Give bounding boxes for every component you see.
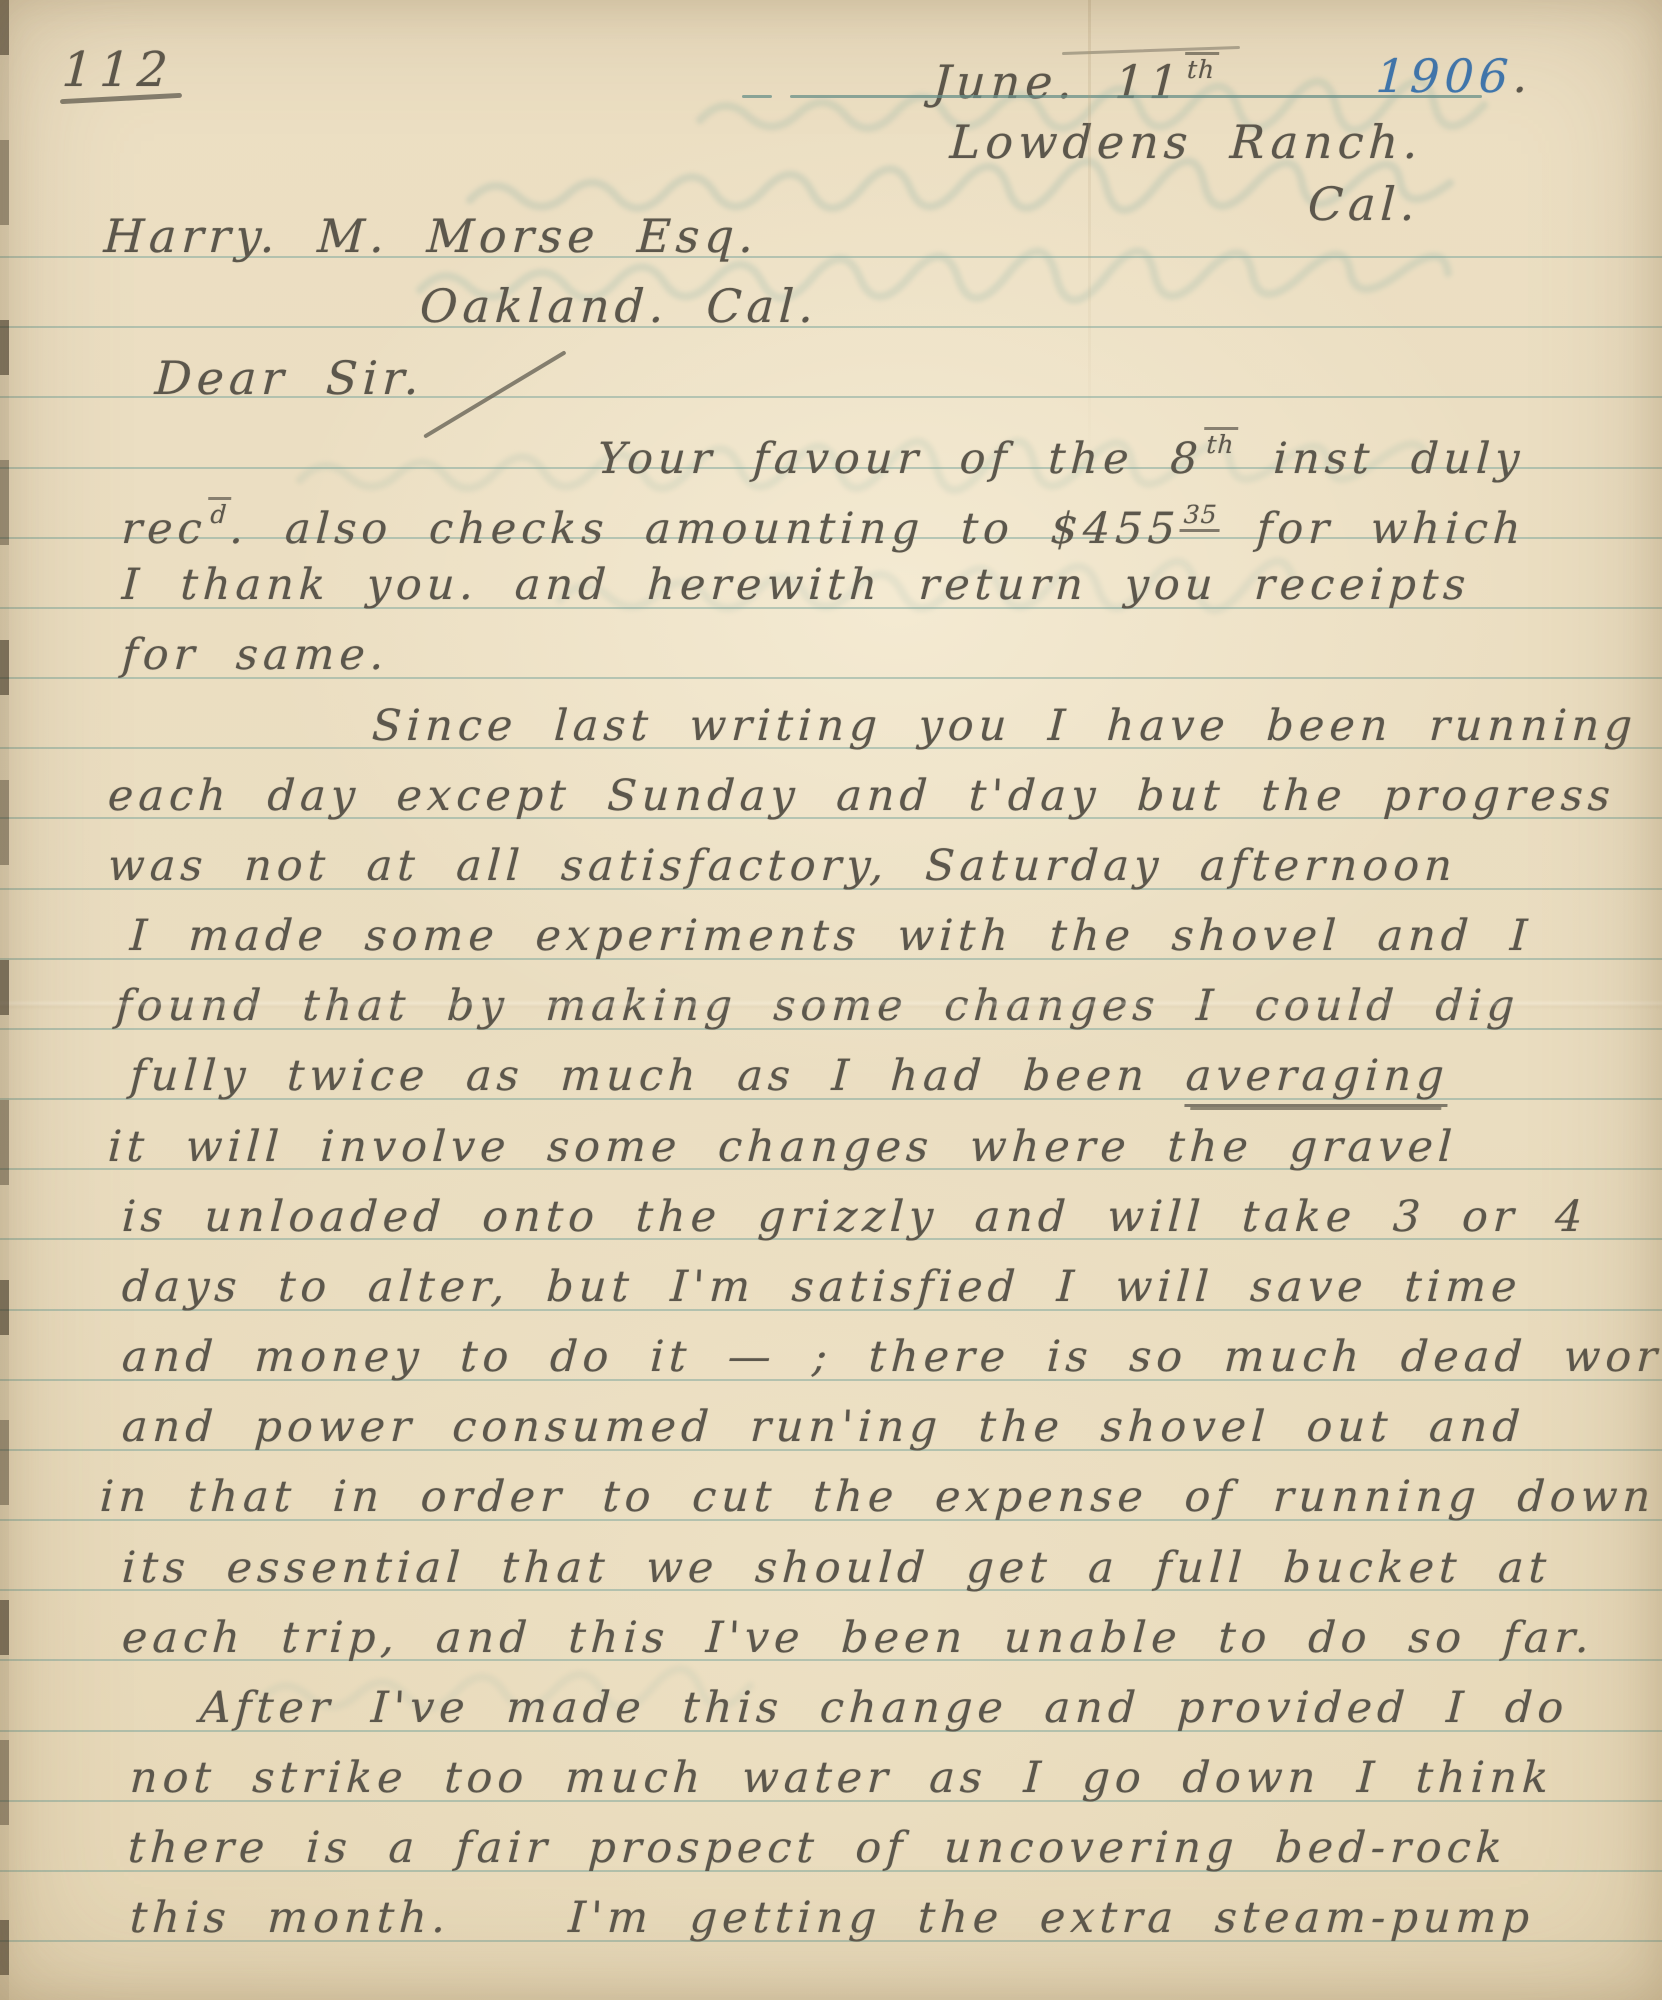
body-line: I thank you. and herewith return you rec… <box>121 560 1472 610</box>
body-line: was not at all satisfactory, Saturday af… <box>107 841 1459 891</box>
body-text: fully twice as much as I had been <box>129 1051 1187 1101</box>
salutation-flourish-slash <box>423 350 566 438</box>
recipient-city: Oakland. Cal. <box>419 280 820 332</box>
body-line: and power consumed run'ing the shovel ou… <box>121 1402 1527 1452</box>
place-line-1: Lowdens Ranch. <box>949 116 1425 168</box>
paper-crease <box>1088 0 1091 470</box>
body-line: Your favour of the 8th inst duly <box>596 420 1526 484</box>
body-text: rec <box>120 504 208 554</box>
body-line: Since last writing you I have been runni… <box>371 701 1638 751</box>
year-period: . <box>1512 49 1534 103</box>
body-text: this month. <box>129 1893 452 1943</box>
body-line: for same. <box>121 630 390 680</box>
body-text: . also checks amounting to $455 <box>228 504 1181 554</box>
scanned-letter-page: 112 June. 11th 1906. Lowdens Ranch. Cal.… <box>0 0 1662 2000</box>
body-line: recd. also checks amounting to $45535 fo… <box>120 490 1527 554</box>
recd-superscript: d <box>207 497 232 529</box>
scan-edge <box>0 0 9 2000</box>
page-number: 112 <box>61 44 176 96</box>
body-text: Your favour of the 8 <box>596 434 1204 484</box>
recipient-name: Harry. M. Morse Esq. <box>103 210 760 262</box>
horizontal-fold <box>0 1000 1662 1010</box>
ordinal-suffix: th <box>1203 427 1239 459</box>
body-text: for which <box>1219 504 1527 554</box>
body-line: this month.I'm getting the extra steam-p… <box>129 1893 1536 1943</box>
body-text: inst duly <box>1236 434 1526 484</box>
body-line: its essential that we should get a full … <box>121 1543 1553 1593</box>
place-line-2: Cal. <box>1307 178 1422 230</box>
body-line: it will involve some changes where the g… <box>107 1122 1458 1172</box>
date-text: June. 11 <box>931 55 1185 109</box>
ruled-line <box>0 326 1662 328</box>
body-line: fully twice as much as I had been averag… <box>129 1051 1450 1101</box>
body-line: in that in order to cut the expense of r… <box>99 1472 1657 1522</box>
body-line: After I've made this change and provided… <box>199 1683 1570 1733</box>
body-line: I made some experiments with the shovel … <box>129 911 1534 961</box>
body-line: and money to do it — ; there is so much … <box>121 1332 1662 1382</box>
date-underline-dash <box>742 95 772 98</box>
cents-superscript: 35 <box>1180 500 1221 532</box>
salutation: Dear Sir. <box>154 352 426 404</box>
body-line: each trip, and this I've been unable to … <box>121 1613 1596 1663</box>
body-line: each day except Sunday and t'day but the… <box>107 771 1617 821</box>
date-underline <box>790 95 1482 98</box>
date-ordinal-suffix: th <box>1183 52 1219 84</box>
body-line: there is a fair prospect of uncovering b… <box>127 1823 1508 1873</box>
underlined-word: averaging <box>1184 1051 1450 1107</box>
body-line: not strike too much water as I go down I… <box>129 1753 1555 1803</box>
body-line: days to alter, but I'm satisfied I will … <box>121 1262 1523 1312</box>
body-line: is unloaded onto the grizzly and will ta… <box>121 1192 1589 1242</box>
body-text: I'm getting the extra steam-pump <box>567 1893 1535 1943</box>
